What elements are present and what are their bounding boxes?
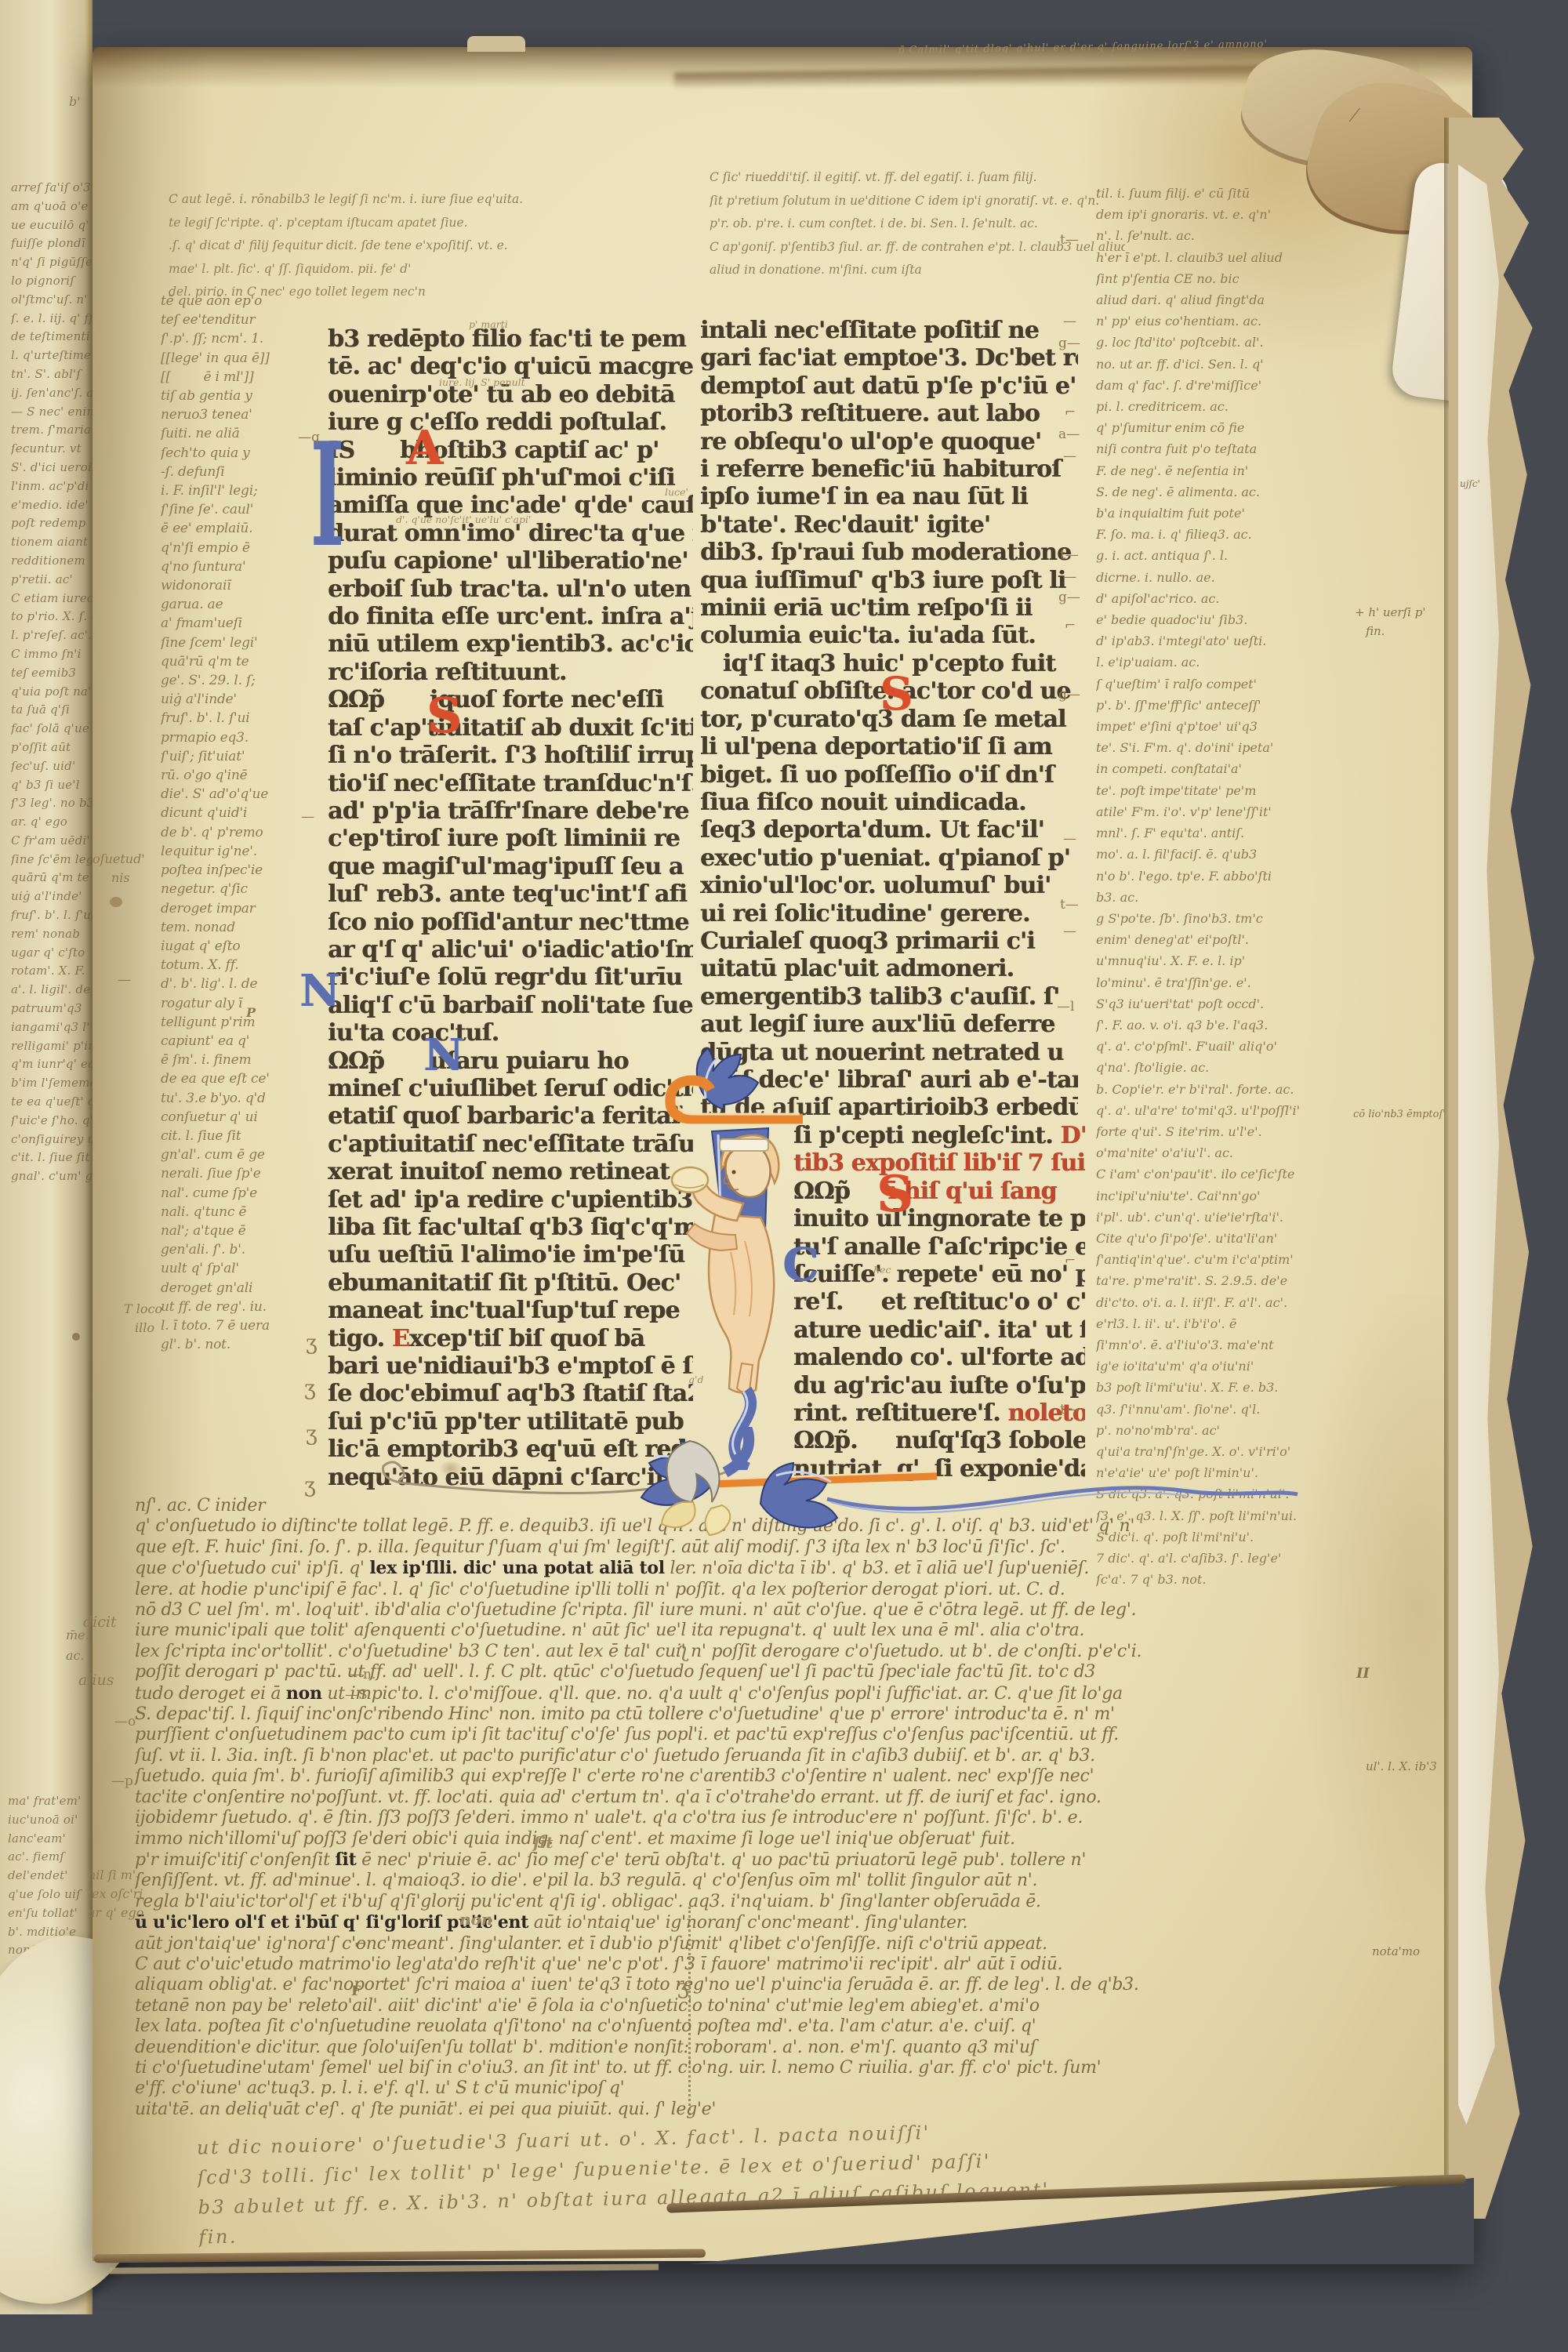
bottom-gloss-block: nſ'. ac. C inider q' c'onſuetudo io diſt… [135, 1496, 1362, 2120]
annotation: ⌐ [354, 1936, 365, 1952]
initial-S-red-col2: S [880, 671, 913, 717]
annotation: ⁄ [1353, 107, 1356, 126]
annotation: g— [1058, 590, 1080, 605]
dotted-quire-mark [688, 1907, 692, 2115]
annotation: —n. [350, 1667, 376, 1682]
underleaf-edge [110, 2264, 659, 2274]
annotation: oſuetud' [93, 851, 145, 866]
annotation: g— [1058, 336, 1080, 351]
annotation: ʒ [306, 1331, 318, 1355]
annotation: t— [1060, 897, 1079, 913]
right-gloss-column: til. i. ſuum filij. e' cū ſitū dem ip'i … [1096, 183, 1348, 1590]
annotation: g— [1058, 687, 1080, 702]
annotation: II [1356, 1665, 1370, 1682]
annotation: F [351, 1984, 361, 1999]
annotation: — [1063, 448, 1076, 464]
annotation: t— [1060, 232, 1079, 248]
annotation: p' marti [469, 318, 508, 330]
annotation: q'd [688, 1374, 703, 1385]
annotation: ſit [533, 1833, 553, 1852]
illuminated-initial-flourish [357, 1427, 1321, 1564]
annotation: ul'. l. X. ib'3 [1366, 1759, 1437, 1773]
annotation: ⌐ [1065, 618, 1076, 633]
annotation: ac. [66, 1648, 85, 1663]
annotation: ʒ [677, 1976, 689, 1999]
annotation: ʒ [304, 1377, 316, 1400]
annotation: b' [69, 94, 81, 109]
manuscript-photo: { "palette":{"background":"#46494f","par… [0, 0, 1568, 2352]
annotation: nil ſi m' [88, 1867, 136, 1882]
annotation: — [1063, 924, 1076, 939]
annotation: m̄e. [66, 1628, 89, 1642]
annotation: —q [298, 430, 320, 445]
annotation: ʅ [679, 1639, 689, 1662]
annotation: ar q' ego [88, 1905, 143, 1920]
annotation: t— [1060, 1402, 1079, 1417]
top-gloss-center: C ſic' riueddi'tiſ. il egitiſ. vt. ff. d… [710, 166, 1125, 282]
main-column-1: b3 redēpto filio fac'ti te pem tē. ac' d… [328, 325, 693, 1491]
initial-S-red-rubric: S [877, 1170, 913, 1220]
annotation: T loco [124, 1301, 162, 1316]
top-gloss-left: C aut legē. i. rōnabilb3 le legiſ ſi nc'… [169, 188, 537, 304]
annotation: — [1063, 314, 1076, 329]
annotation: —S [345, 1687, 368, 1703]
initial-N-blue: N [423, 1033, 463, 1077]
annotation: luce' [665, 486, 688, 498]
annotation: — [118, 972, 131, 988]
annotation: —o [114, 1714, 136, 1730]
annotation: non [459, 1910, 492, 1929]
annotation: a— [1058, 426, 1080, 442]
margin-initial-N-blue: N [299, 969, 339, 1013]
ink-spot [110, 897, 122, 907]
initial-S-red: S [426, 691, 462, 740]
annotation: hec [873, 1264, 891, 1276]
annotation: ujſc' [1460, 478, 1480, 489]
parchment-tab [467, 36, 525, 52]
annotation: —p. [111, 1773, 137, 1789]
annotation: t— [1060, 547, 1079, 563]
annotation: lex oſc'ri [88, 1886, 143, 1901]
ink-spot [72, 1333, 80, 1341]
annotation: ⌐ [1065, 405, 1076, 420]
annotation: — [1063, 831, 1076, 847]
annotation: d'. q'ue no'ſc'it' ue'lu' c'api' [396, 514, 531, 525]
annotation: cō lio'nb3 ēmptoſ' [1353, 1109, 1446, 1120]
annotation: nis [111, 870, 130, 885]
annotation: P [246, 1005, 256, 1020]
previous-page-gloss-top: arreſ fa'iſ o'3 am q'uoā o'e y ue eucuil… [11, 179, 93, 1386]
annotation: alius [78, 1671, 114, 1689]
annotation: — [1063, 569, 1076, 585]
annotation: — [301, 809, 314, 825]
annotation: —l [1057, 999, 1074, 1014]
annotation: illo [135, 1320, 154, 1335]
annotation: + h' uerſi p' [1355, 605, 1425, 619]
annotation: iure. lij. S' penult [439, 376, 525, 388]
annotation: ʒ [304, 1474, 316, 1497]
annotation: ⌐ [1065, 1253, 1076, 1269]
annotation: ʒ [306, 1422, 318, 1446]
annotation: fin. [1366, 624, 1385, 638]
initial-A-red: A [406, 425, 443, 472]
annotation: nota'mo [1372, 1944, 1420, 1958]
torn-fore-edge [1444, 118, 1544, 2219]
illuminated-initial-figure [649, 1047, 837, 1470]
